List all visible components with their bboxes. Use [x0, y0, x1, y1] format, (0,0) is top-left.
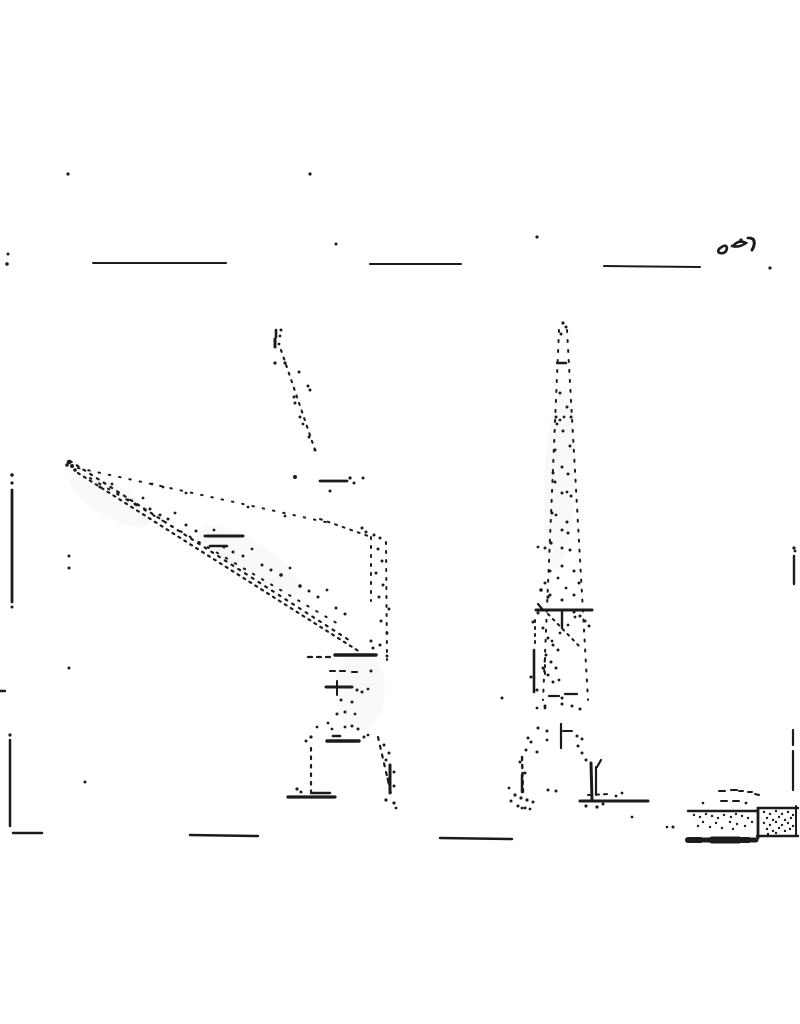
sheet-border — [0, 172, 796, 839]
scanned-drawing-sheet — [0, 0, 800, 1024]
handwritten-note-marks — [718, 237, 754, 254]
crane-front-view — [501, 321, 649, 818]
crane-plan-scan — [0, 0, 800, 1024]
title-block — [666, 790, 798, 840]
